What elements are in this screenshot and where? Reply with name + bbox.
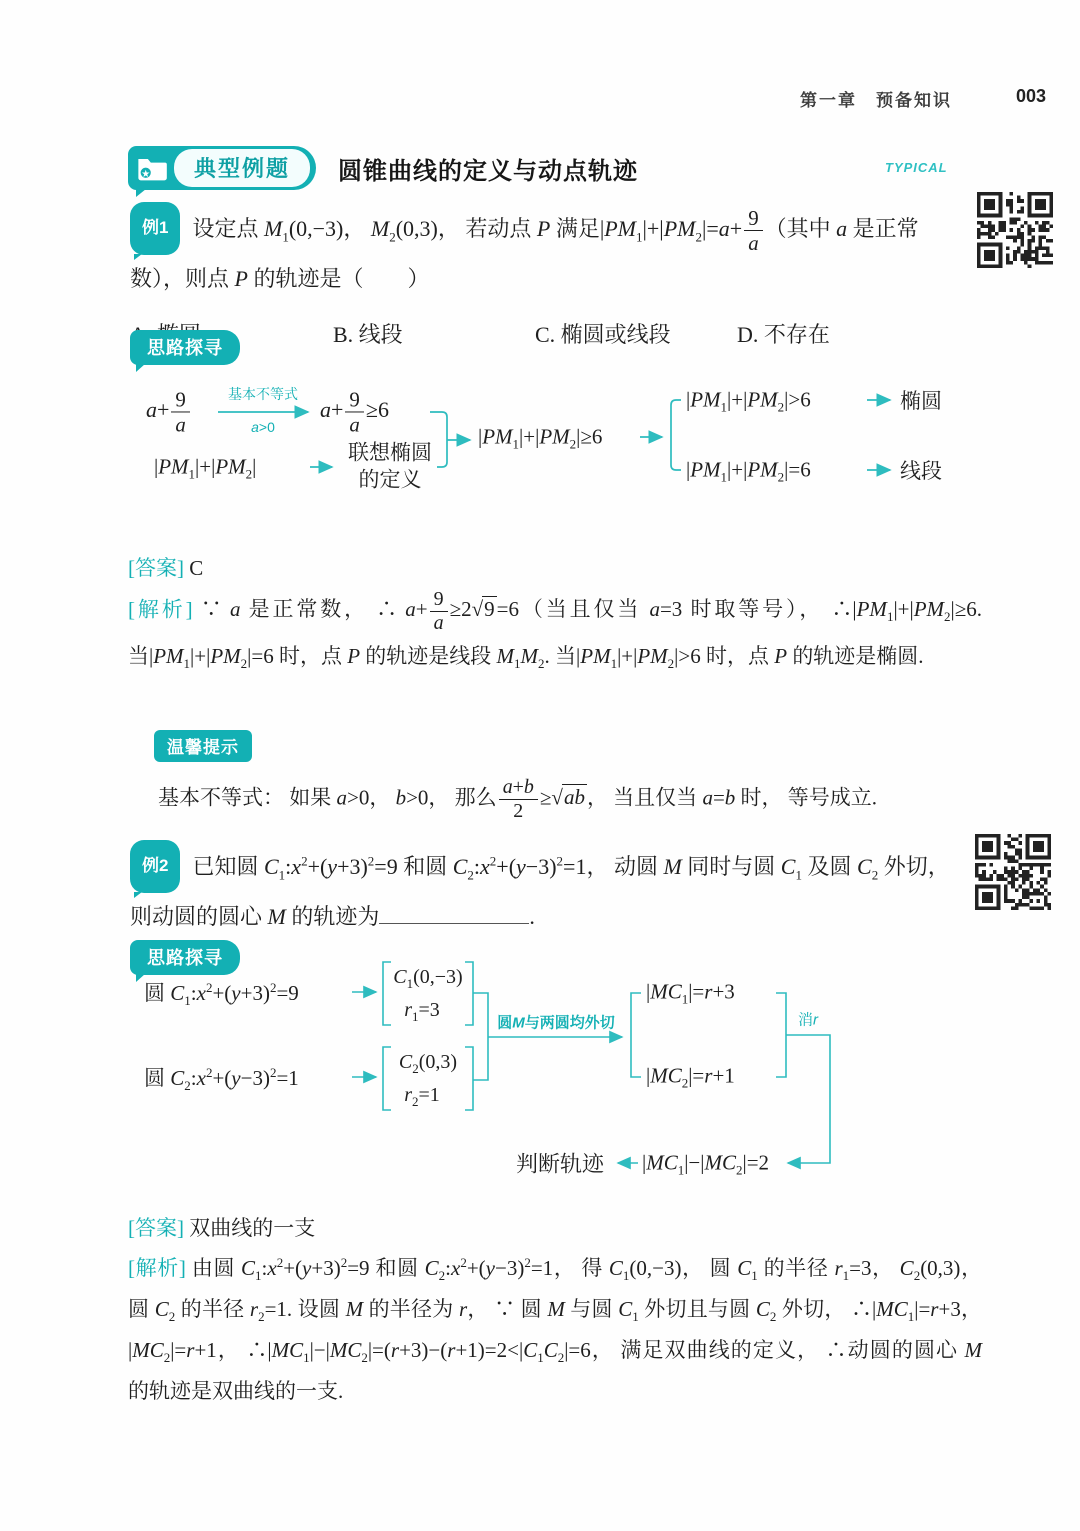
flow2-c2-center: C2(0,3) — [399, 1049, 457, 1075]
flow1-result-top: 椭圆 — [900, 385, 942, 415]
answer1: [答案] C — [128, 552, 203, 582]
section-badge: ★ 典型例题 — [128, 146, 316, 190]
section-badge-label: 典型例题 — [174, 149, 310, 187]
flow2-mc1: |MC1|=r+3 — [646, 980, 735, 1005]
flow1-arrow-label-bottom: a>0 — [251, 419, 275, 435]
tip-text: 基本不等式： 如果 a>0， b>0， 那么a+b2≥√ab， 当且仅当 a=b… — [158, 776, 954, 823]
textbook-page: 第一章 预备知识 003 ★ 典型例题 圆锥曲线的定义与动点轨迹 TYPICAL… — [0, 0, 1080, 1531]
answer-blank — [379, 903, 529, 924]
example2-period: . — [529, 904, 535, 929]
svg-text:★: ★ — [141, 168, 150, 179]
flow2-elim-label: 消r — [798, 1009, 818, 1030]
flow2-eq1: 圆 C1:x2+(y+3)2=9 — [144, 977, 299, 1007]
tip-section: 温馨提示 基本不等式： 如果 a>0， b>0， 那么a+b2≥√ab， 当且仅… — [154, 730, 954, 823]
example1-stem-text: 设定点 M1(0,−3)， M2(0,3)， 若动点 P 满足|PM1|+|PM… — [130, 216, 919, 291]
page-number: 003 — [1016, 86, 1046, 107]
flow2-conclusion: 判断轨迹 — [516, 1148, 604, 1179]
section-title: 圆锥曲线的定义与动点轨迹 — [338, 151, 638, 186]
flow1-node-e: |PM1|+|PM2|≥6 — [478, 425, 602, 450]
flow2-c1-radius: r1=3 — [404, 997, 440, 1023]
analysis2: [解析] 由圆 C1:x2+(y+3)2=9 和圆 C2:x2+(y−3)2=1… — [128, 1248, 982, 1412]
analysis2-text: 由圆 C1:x2+(y+3)2=9 和圆 C2:x2+(y−3)2=1， 得 C… — [128, 1256, 982, 1403]
example1-badge: 例1 — [130, 202, 180, 255]
flow1-branch-top: |PM1|+|PM2|>6 — [686, 388, 811, 413]
answer2-value: 双曲线的一支 — [189, 1216, 315, 1240]
flow1-arrow-label-top: 基本不等式 — [228, 384, 298, 404]
flow2-c1-center: C1(0,−3) — [393, 964, 462, 990]
example2-stem-text: 已知圆 C1:x2+(y+3)2=9 和圆 C2:x2+(y−3)2=1， 动圆… — [130, 854, 950, 929]
flow2-eq2: 圆 C2:x2+(y−3)2=1 — [144, 1062, 299, 1092]
example2-stem: 例2已知圆 C1:x2+(y+3)2=9 和圆 C2:x2+(y−3)2=1， … — [130, 840, 968, 941]
flow2-arrow-label: 圆M与两圆均外切 — [497, 1012, 615, 1033]
example2: 例2已知圆 C1:x2+(y+3)2=9 和圆 C2:x2+(y−3)2=1， … — [130, 840, 968, 941]
example1-stem: 例1设定点 M1(0,−3)， M2(0,3)， 若动点 P 满足|PM1|+|… — [130, 202, 972, 303]
folder-star-icon: ★ — [136, 154, 168, 183]
flow1-node-c: |PM1|+|PM2| — [154, 455, 256, 480]
flow2-diff: |MC1|−|MC2|=2 — [642, 1151, 769, 1176]
chapter-header: 第一章 预备知识 — [800, 86, 952, 111]
flow1-result-bottom: 线段 — [900, 455, 942, 485]
flowchart-example2: 思路探寻 圆 C1:x2+(y+3)2=9 C1(0,−3) r1=3 圆 C2… — [130, 940, 990, 1200]
typical-tag: TYPICAL — [885, 160, 948, 175]
flow1-node-a: a+9a — [146, 387, 192, 436]
answer2: [答案] 双曲线的一支 — [128, 1212, 315, 1242]
flowchart-example1: 思路探寻 a+9a 基本不等式 a>0 a+9a≥6 |PM1|+|PM2| — [130, 330, 990, 552]
tip-badge: 温馨提示 — [154, 730, 252, 762]
qr-code-example2 — [975, 834, 1051, 910]
flow1-branch-bottom: |PM1|+|PM2|=6 — [686, 458, 811, 483]
analysis2-label: [解析] — [128, 1256, 186, 1280]
flow2-mc2: |MC2|=r+1 — [646, 1064, 735, 1089]
analysis1: [解析] ∵ a 是正常数， ∴ a+9a≥2√9=6（当且仅当 a=3 时取等… — [128, 588, 982, 678]
flow1-node-d: 联想椭圆 的定义 — [348, 440, 432, 495]
flow1-node-b: a+9a≥6 — [320, 387, 389, 436]
flow2-c2-radius: r2=1 — [404, 1082, 440, 1108]
analysis1-text: ∵ a 是正常数， ∴ a+9a≥2√9=6（当且仅当 a=3 时取等号）， ∴… — [128, 597, 982, 668]
analysis1-label: [解析] — [128, 597, 193, 621]
section-header: ★ 典型例题 圆锥曲线的定义与动点轨迹 — [128, 146, 638, 190]
example2-badge: 例2 — [130, 840, 180, 893]
answer2-label: [答案] — [128, 1216, 184, 1240]
answer1-label: [答案] — [128, 556, 184, 580]
qr-code-example1 — [977, 192, 1053, 268]
answer1-value: C — [189, 556, 203, 580]
